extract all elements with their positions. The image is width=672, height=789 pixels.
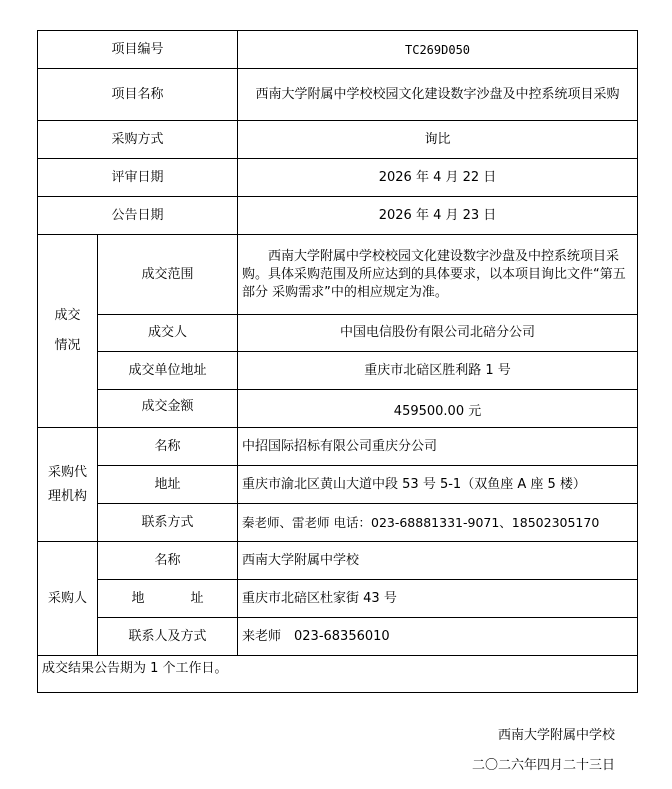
row-purchaser-name: 采购人 名称 西南大学附属中学校 (38, 542, 638, 580)
signature-organization: 西南大学附属中学校 (498, 724, 615, 743)
row-notice-date: 公告日期 2026 年 4 月 23 日 (38, 197, 638, 235)
purchaser-address-label-part1: 地 (131, 591, 144, 606)
agency-contact-label: 联系方式 (98, 504, 238, 542)
project-no-value: TC269D050 (238, 31, 638, 69)
agency-name-label: 名称 (98, 428, 238, 466)
row-agency-address: 地址 重庆市渝北区黄山大道中段 53 号 5-1（双鱼座 A 座 5 楼） (38, 466, 638, 504)
agency-address-label: 地址 (98, 466, 238, 504)
purchaser-address-label: 地址 (98, 580, 238, 618)
deal-group-label: 成交 情况 (38, 235, 98, 428)
row-review-date: 评审日期 2026 年 4 月 22 日 (38, 159, 638, 197)
notice-date-value: 2026 年 4 月 23 日 (238, 197, 638, 235)
row-agency-contact: 联系方式 秦老师、雷老师 电话：023-68881331-9071、185023… (38, 504, 638, 542)
deal-scope-label: 成交范围 (98, 235, 238, 315)
row-footer-note: 成交结果公告期为 1 个工作日。 (38, 656, 638, 693)
purchaser-name-label: 名称 (98, 542, 238, 580)
agency-group-label-line1: 采购代 (42, 461, 93, 485)
agency-contact-value: 秦老师、雷老师 电话：023-68881331-9071、18502305170 (238, 504, 638, 542)
purchaser-name-value: 西南大学附属中学校 (238, 542, 638, 580)
deal-group-label-line2: 情况 (42, 331, 93, 361)
project-no-label: 项目编号 (38, 31, 238, 69)
row-deal-scope: 成交 情况 成交范围 西南大学附属中学校校园文化建设数字沙盘及中控系统项目采购。… (38, 235, 638, 315)
row-purchaser-contact: 联系人及方式 来老师 023-68356010 (38, 618, 638, 656)
procurement-method-label: 采购方式 (38, 121, 238, 159)
purchaser-address-value: 重庆市北碚区杜家街 43 号 (238, 580, 638, 618)
review-date-label: 评审日期 (38, 159, 238, 197)
footer-note: 成交结果公告期为 1 个工作日。 (38, 656, 638, 693)
purchaser-address-label-part2: 址 (191, 591, 204, 606)
signature-date: 二〇二六年四月二十三日 (472, 754, 615, 773)
deal-winner-label: 成交人 (98, 315, 238, 352)
deal-amount-value: 459500.00 元 (238, 390, 638, 428)
row-deal-amount: 成交金额 459500.00 元 (38, 390, 638, 428)
deal-group-label-line1: 成交 (42, 301, 93, 331)
notice-date-label: 公告日期 (38, 197, 238, 235)
deal-winner-value: 中国电信股份有限公司北碚分公司 (238, 315, 638, 352)
purchaser-group-label: 采购人 (38, 542, 98, 656)
agency-address-value: 重庆市渝北区黄山大道中段 53 号 5-1（双鱼座 A 座 5 楼） (238, 466, 638, 504)
row-project-name: 项目名称 西南大学附属中学校校园文化建设数字沙盘及中控系统项目采购 (38, 69, 638, 121)
project-name-value: 西南大学附属中学校校园文化建设数字沙盘及中控系统项目采购 (238, 69, 638, 121)
agency-name-value: 中招国际招标有限公司重庆分公司 (238, 428, 638, 466)
agency-group-label-line2: 理机构 (42, 485, 93, 509)
purchaser-contact-label: 联系人及方式 (98, 618, 238, 656)
row-procurement-method: 采购方式 询比 (38, 121, 638, 159)
row-deal-winner-address: 成交单位地址 重庆市北碚区胜利路 1 号 (38, 352, 638, 390)
deal-winner-address-label: 成交单位地址 (98, 352, 238, 390)
deal-winner-address-value: 重庆市北碚区胜利路 1 号 (238, 352, 638, 390)
row-agency-name: 采购代 理机构 名称 中招国际招标有限公司重庆分公司 (38, 428, 638, 466)
deal-result-table: 项目编号 TC269D050 项目名称 西南大学附属中学校校园文化建设数字沙盘及… (37, 30, 638, 693)
row-project-no: 项目编号 TC269D050 (38, 31, 638, 69)
deal-scope-value: 西南大学附属中学校校园文化建设数字沙盘及中控系统项目采购。具体采购范围及所应达到… (238, 235, 638, 315)
project-name-label: 项目名称 (38, 69, 238, 121)
row-deal-winner: 成交人 中国电信股份有限公司北碚分公司 (38, 315, 638, 352)
purchaser-contact-value: 来老师 023-68356010 (238, 618, 638, 656)
agency-group-label: 采购代 理机构 (38, 428, 98, 542)
row-purchaser-address: 地址 重庆市北碚区杜家街 43 号 (38, 580, 638, 618)
procurement-method-value: 询比 (238, 121, 638, 159)
deal-amount-label: 成交金额 (98, 390, 238, 428)
review-date-value: 2026 年 4 月 22 日 (238, 159, 638, 197)
